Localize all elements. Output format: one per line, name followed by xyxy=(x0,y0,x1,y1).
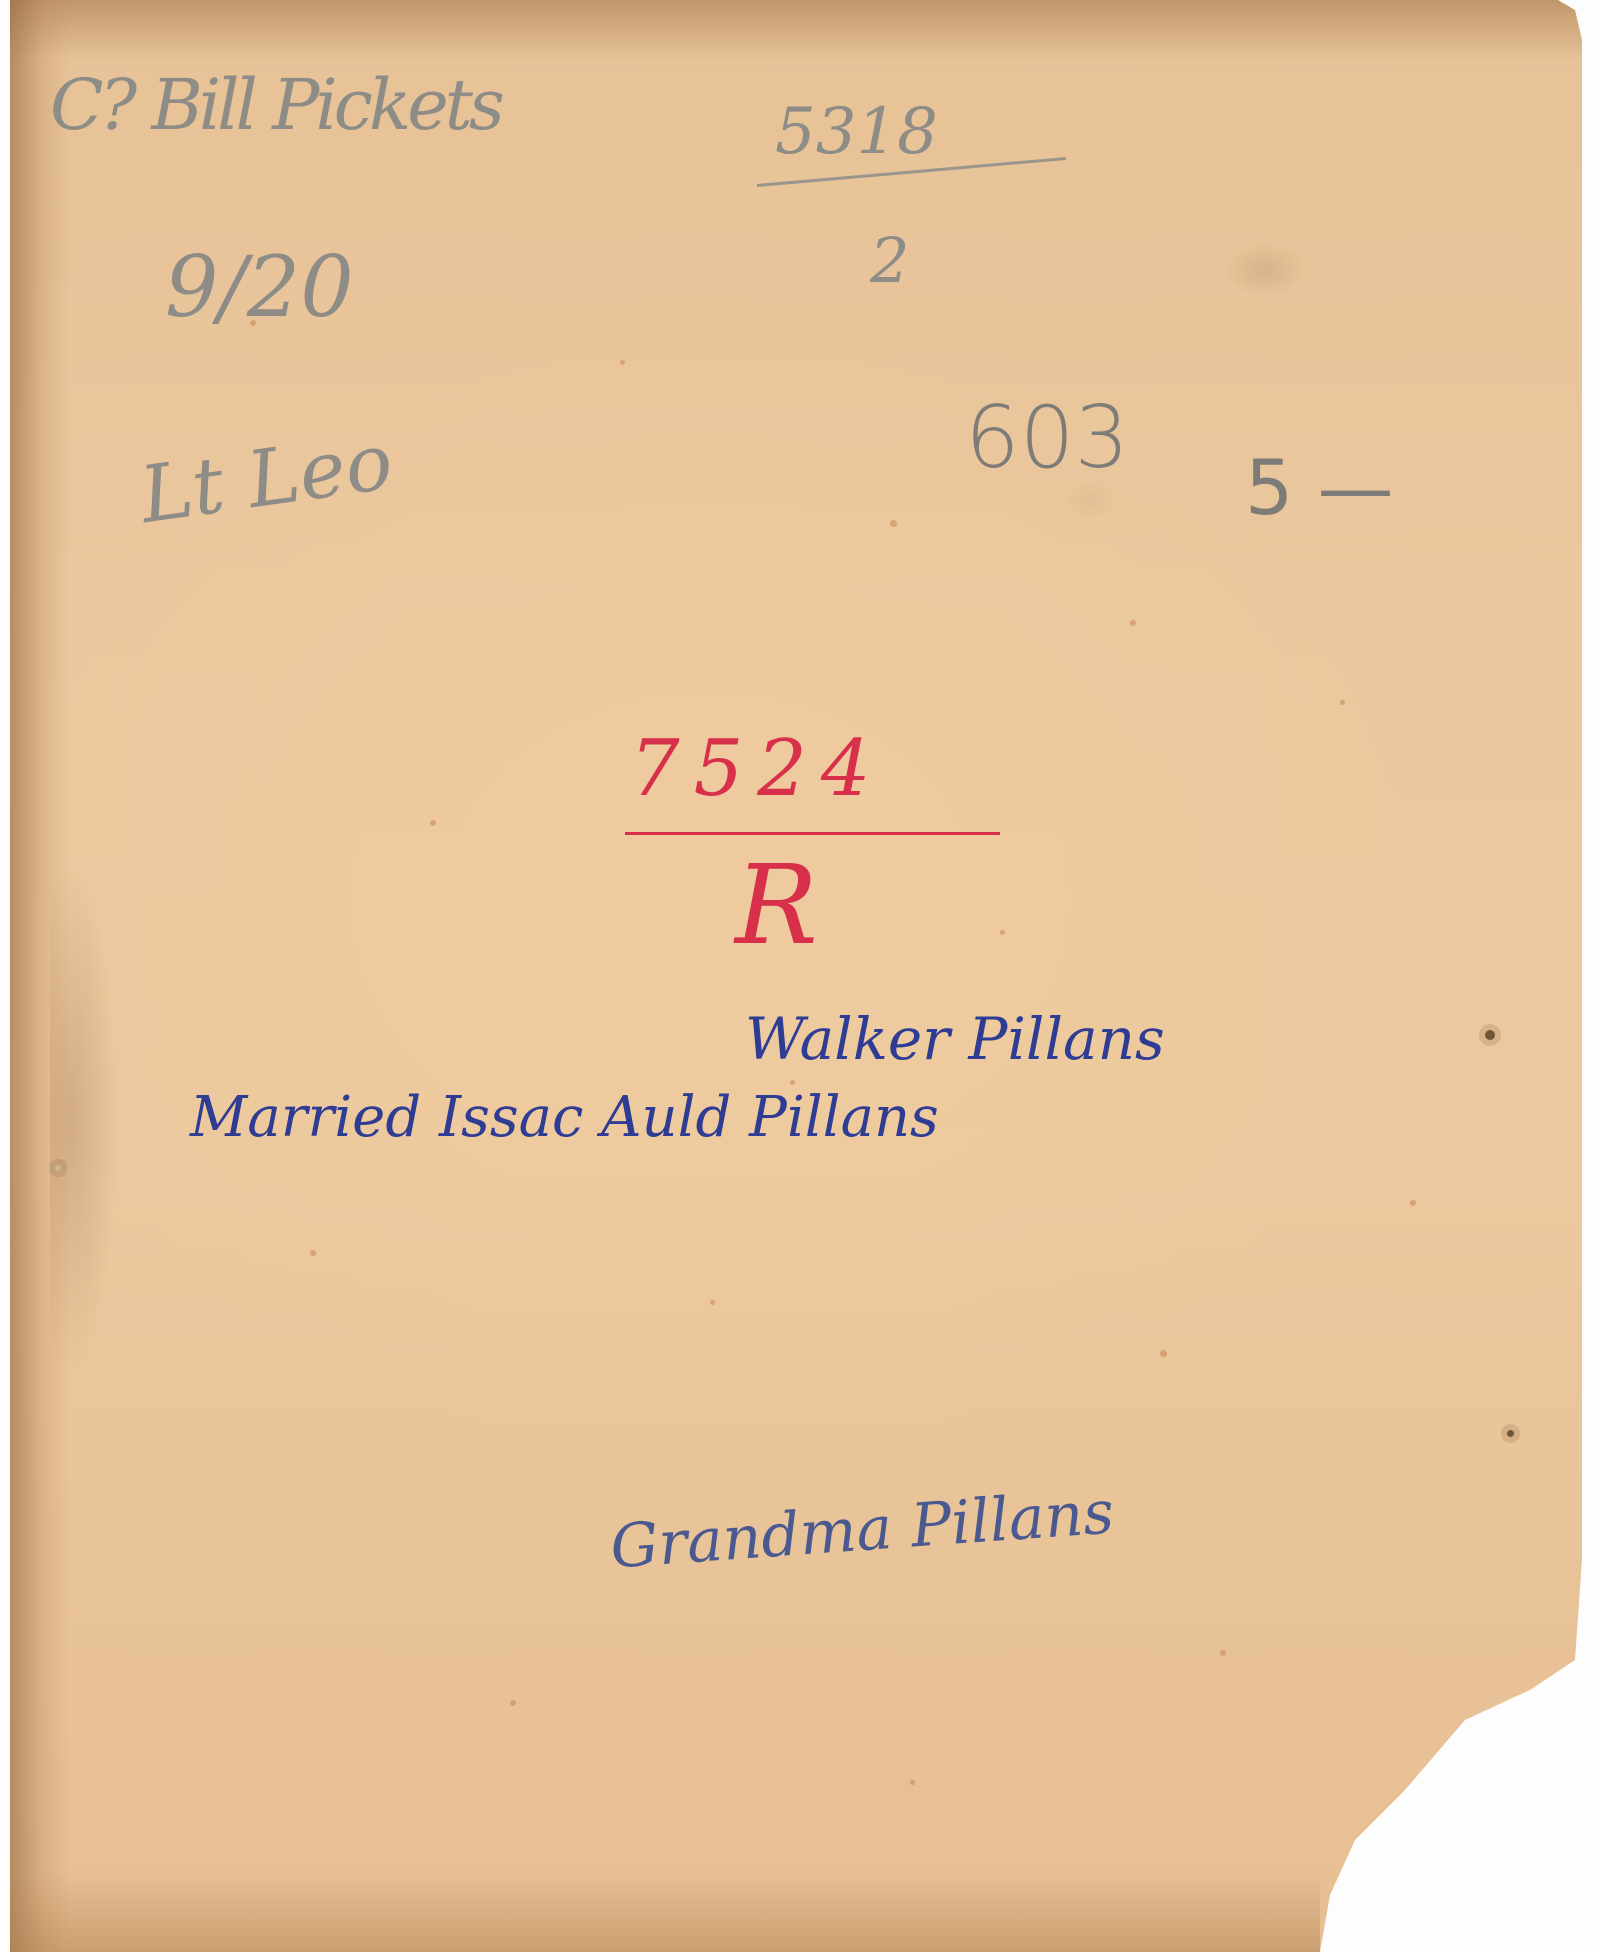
foxing-spot xyxy=(310,1250,316,1256)
pencil-fraction-denominator: 2 xyxy=(870,230,909,292)
pin-hole xyxy=(55,1165,61,1171)
pencil-fraction-numerator: 5318 xyxy=(775,100,938,164)
foxing-spot xyxy=(890,520,897,527)
foxing-spot xyxy=(1340,700,1345,705)
foxing-spot xyxy=(1410,1200,1416,1206)
foxing-spot xyxy=(1130,620,1136,626)
pencil-grandma-note: Grandma Pillans xyxy=(609,1482,1116,1577)
pin-hole xyxy=(1507,1430,1514,1437)
water-stain-top xyxy=(10,0,1585,60)
pencil-number-603: 603 xyxy=(965,395,1129,481)
water-stain-bottom xyxy=(10,1872,1320,1952)
red-fraction-numerator: 7524 xyxy=(630,730,885,808)
foxing-spot xyxy=(1220,1650,1226,1656)
aged-card-paper: C? Bill Pickets 5318 2 9/20 Lt Leo 603 5… xyxy=(10,0,1585,1952)
water-stain-left-drip xyxy=(50,800,130,1450)
pin-hole xyxy=(1485,1030,1495,1040)
scanned-photo-back: C? Bill Pickets 5318 2 9/20 Lt Leo 603 5… xyxy=(0,0,1600,1952)
red-fraction-line xyxy=(625,832,1000,835)
foxing-spot xyxy=(1000,930,1005,935)
pencil-annotation-top-left: C? Bill Pickets xyxy=(50,70,501,140)
foxing-spot xyxy=(430,820,436,826)
pencil-scribble: Lt Leo xyxy=(136,423,397,535)
pencil-price: 5 — xyxy=(1245,450,1394,526)
blue-ink-name: Walker Pillans xyxy=(745,1010,1165,1068)
pencil-date: 9/20 xyxy=(165,245,354,329)
foxing-spot xyxy=(510,1700,516,1706)
red-fraction-denominator: R xyxy=(735,850,818,960)
water-stain-left xyxy=(10,0,70,1952)
foxing-spot xyxy=(1160,1350,1167,1357)
foxing-spot xyxy=(620,360,625,365)
foxing-spot xyxy=(910,1780,915,1785)
blue-ink-note: Married Issac Auld Pillans xyxy=(190,1090,939,1146)
foxing-spot xyxy=(710,1300,715,1305)
